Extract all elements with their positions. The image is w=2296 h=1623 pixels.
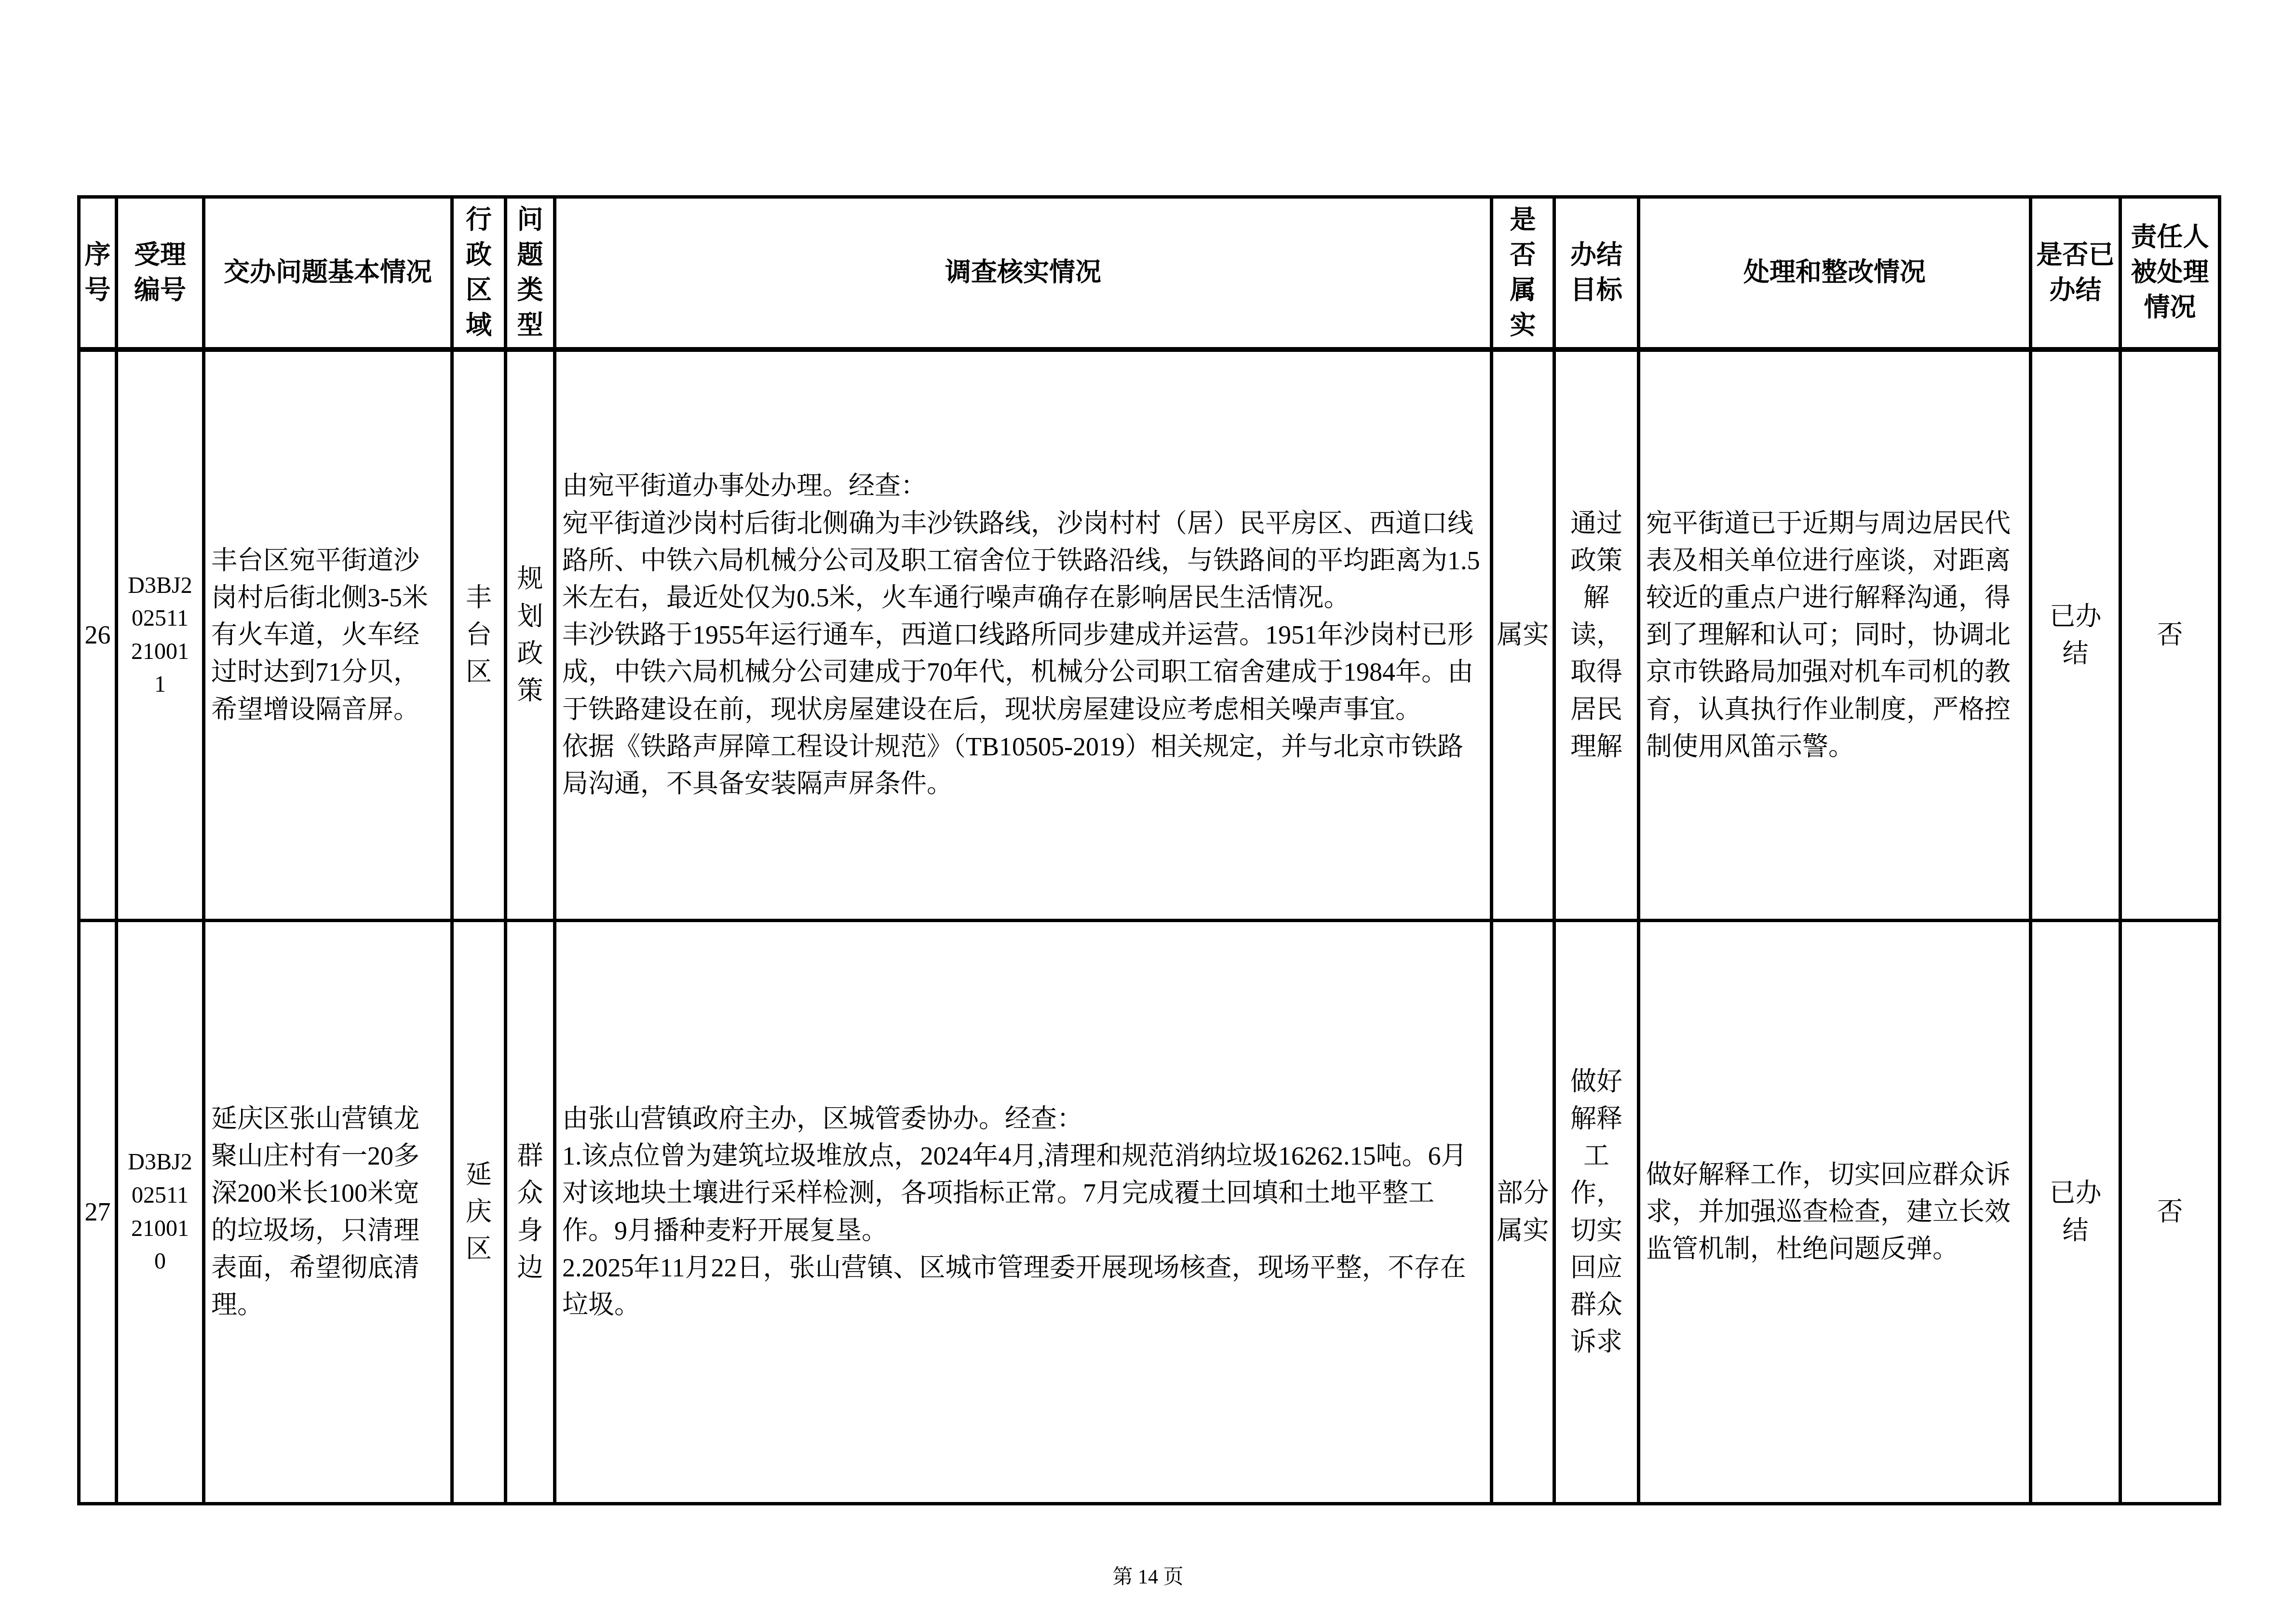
cell-goal: 通过政策解读，取得居民理解 — [1554, 349, 1639, 921]
cell-case-no: D3BJ202511210010 — [117, 921, 204, 1504]
page-number: 第 14 页 — [0, 1561, 2296, 1590]
column-header-seq: 序号 — [79, 197, 117, 349]
table-row: 27 D3BJ202511210010 延庆区张山营镇龙聚山庄村有一20多深20… — [79, 921, 2220, 1504]
header-row: 序号 受理编号 交办问题基本情况 行政区域 问题类型 调查核实情况 是否属实 办… — [79, 197, 2220, 349]
cell-closed: 已办结 — [2031, 349, 2120, 921]
cell-closed: 已办结 — [2031, 921, 2120, 1504]
cell-seq: 26 — [79, 349, 117, 921]
column-header-type: 问题类型 — [506, 197, 555, 349]
cell-responsible: 否 — [2120, 349, 2220, 921]
cell-responsible: 否 — [2120, 921, 2220, 1504]
cell-problem: 丰台区宛平街道沙岗村后街北侧3-5米有火车道，火车经过时达到71分贝，希望增设隔… — [204, 349, 452, 921]
column-header-case-no: 受理编号 — [117, 197, 204, 349]
cell-seq: 27 — [79, 921, 117, 1504]
column-header-responsible: 责任人被处理情况 — [2120, 197, 2220, 349]
cell-handling: 宛平街道已于近期与周边居民代表及相关单位进行座谈，对距离较近的重点户进行解释沟通… — [1639, 349, 2031, 921]
cell-goal: 做好解释工作，切实回应群众诉求 — [1554, 921, 1639, 1504]
cell-case-no: D3BJ202511210011 — [117, 349, 204, 921]
column-header-problem: 交办问题基本情况 — [204, 197, 452, 349]
cell-investigation: 由张山营镇政府主办，区城管委协办。经查： 1.该点位曾为建筑垃圾堆放点，2024… — [555, 921, 1492, 1504]
column-header-investigation: 调查核实情况 — [555, 197, 1492, 349]
cell-investigation: 由宛平街道办事处办理。经查： 宛平街道沙岗村后街北侧确为丰沙铁路线，沙岗村村（居… — [555, 349, 1492, 921]
column-header-closed: 是否已办结 — [2031, 197, 2120, 349]
cell-region: 延庆区 — [452, 921, 506, 1504]
column-header-goal: 办结目标 — [1554, 197, 1639, 349]
cell-handling: 做好解释工作，切实回应群众诉求，并加强巡查检查，建立长效监管机制，杜绝问题反弹。 — [1639, 921, 2031, 1504]
cell-is-true: 属实 — [1492, 349, 1554, 921]
column-header-region: 行政区域 — [452, 197, 506, 349]
column-header-is-true: 是否属实 — [1492, 197, 1554, 349]
cell-type: 群众身边 — [506, 921, 555, 1504]
column-header-handling: 处理和整改情况 — [1639, 197, 2031, 349]
cell-is-true: 部分属实 — [1492, 921, 1554, 1504]
issue-table: 序号 受理编号 交办问题基本情况 行政区域 问题类型 调查核实情况 是否属实 办… — [77, 195, 2221, 1505]
cell-region: 丰台区 — [452, 349, 506, 921]
document-page: 序号 受理编号 交办问题基本情况 行政区域 问题类型 调查核实情况 是否属实 办… — [0, 0, 2296, 1623]
table-row: 26 D3BJ202511210011 丰台区宛平街道沙岗村后街北侧3-5米有火… — [79, 349, 2220, 921]
cell-type: 规划政策 — [506, 349, 555, 921]
cell-problem: 延庆区张山营镇龙聚山庄村有一20多深200米长100米宽的垃圾场，只清理表面，希… — [204, 921, 452, 1504]
